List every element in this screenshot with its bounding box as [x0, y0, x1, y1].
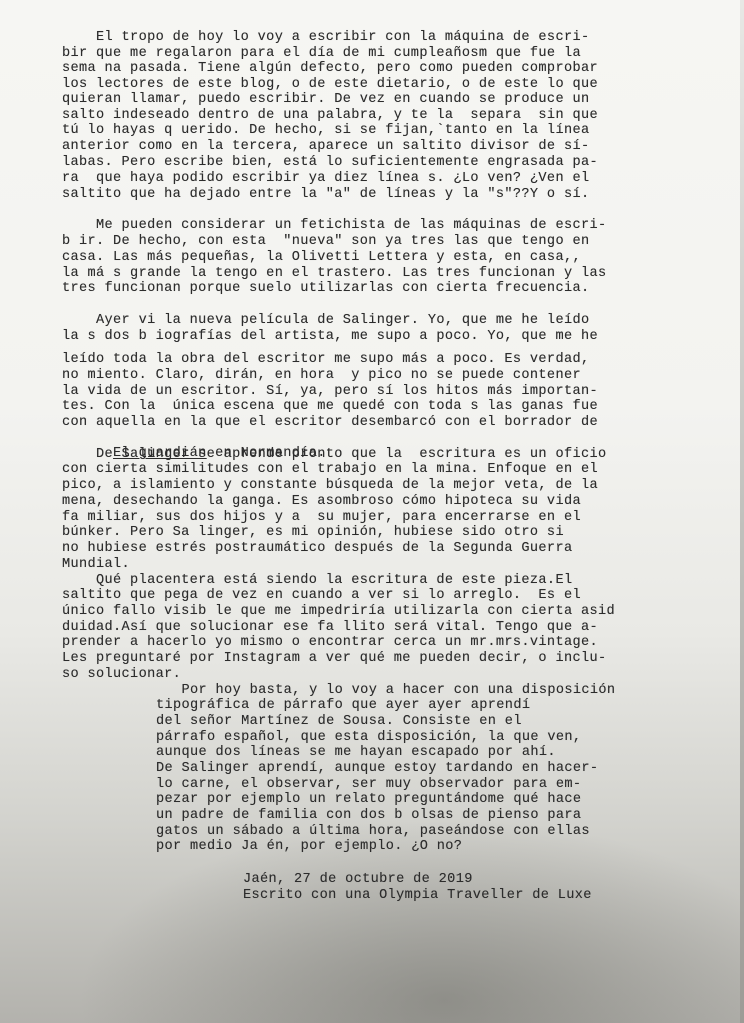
text-line: mena, desechando la ganga. Es asombroso …	[62, 494, 581, 509]
text-line: tes. Con la única escena que me quedé co…	[62, 399, 598, 414]
text-line: del señor Martínez de Sousa. Consiste en…	[156, 714, 522, 729]
text-line: prender a hacerlo yo mismo o encontrar c…	[62, 635, 598, 650]
text-line: El tropo de hoy lo voy a escribir con la…	[62, 30, 589, 45]
text-line: Qué placentera está siendo la escritura …	[62, 573, 572, 588]
text-line: Mundial.	[62, 557, 130, 572]
text-line: tipográfica de párrafo que ayer ayer apr…	[156, 698, 530, 713]
text-line: anterior como en la tercera, aparece un …	[62, 139, 589, 154]
text-line: no miento. Claro, dirán, en hora y pico …	[62, 368, 581, 383]
text-line: los lectores de este blog, o de este die…	[62, 77, 598, 92]
text-line: sema na pasada. Tiene algún defecto, per…	[62, 61, 598, 76]
text-line: Ayer vi la nueva película de Salinger. Y…	[62, 313, 589, 328]
text-line: gatos un sábado a última hora, paseándos…	[156, 824, 590, 839]
text-line: pezar por ejemplo un relato preguntándom…	[156, 792, 581, 807]
text-line: bir que me regalaron para el día de mi c…	[62, 46, 581, 61]
typewritten-page: El tropo de hoy lo voy a escribir con la…	[0, 0, 741, 1023]
text-line: leído toda la obra del escritor me supo …	[62, 352, 589, 367]
text-line: no hubiese estrés postraumático después …	[62, 541, 572, 556]
text-line: ra que haya podido escribir ya diez líne…	[62, 171, 589, 186]
place-date: Jaén, 27 de octubre de 2019	[243, 872, 473, 887]
text-line: De Salinger aprendí, aunque estoy tardan…	[156, 761, 598, 776]
text-line: De Salinger se aprende pronto que la esc…	[62, 447, 606, 462]
text-line: salto indeseado dentro de una palabra, y…	[62, 108, 598, 123]
text-line: aunque dos líneas se me hayan escapado p…	[156, 745, 556, 760]
text-line: la má s grande la tengo en el trastero. …	[62, 266, 606, 281]
text-line: b ir. De hecho, con esta "nueva" son ya …	[62, 234, 589, 249]
text-line: Por hoy basta, y lo voy a hacer con una …	[156, 683, 615, 698]
text-line: saltito que pega de vez en cuando a ver …	[62, 588, 581, 603]
written-with-note: Escrito con una Olympia Traveller de Lux…	[243, 888, 592, 903]
text-line: por medio Ja én, por ejemplo. ¿O no?	[156, 839, 462, 854]
text-line: la vida de un escritor. Sí, ya, pero sí …	[62, 384, 598, 399]
text-line: búnker. Pero Sa linger, es mi opinión, h…	[62, 525, 564, 540]
text-line: Les preguntaré por Instagram a ver qué m…	[62, 651, 606, 666]
text-line: párrafo español, que esta disposición, l…	[156, 730, 581, 745]
text-line: con aquella en la que el escritor desemb…	[62, 415, 598, 430]
text-line: saltito que ha dejado entre la "a" de lí…	[62, 187, 589, 202]
page-edge	[740, 0, 744, 1023]
text-line: con cierta similitudes con el trabajo en…	[62, 462, 598, 477]
text-line: lo carne, el observar, ser muy observado…	[156, 777, 581, 792]
text-line: so solucionar.	[62, 667, 181, 682]
text-line: un padre de familia con dos b olsas de p…	[156, 808, 581, 823]
text-line: quieran llamar, puedo escribir. De vez e…	[62, 92, 589, 107]
text-line: único fallo visib le que me impedriría u…	[62, 604, 615, 619]
text-line: tú lo hayas q uerido. De hecho, si se fi…	[62, 123, 589, 138]
text-line: la s dos b iografías del artista, me sup…	[62, 329, 598, 344]
text-line: casa. Las más pequeñas, la Olivetti Lett…	[62, 250, 581, 265]
text-line: pico, a islamiento y constante búsqueda …	[62, 478, 598, 493]
text-line: fa miliar, sus dos hijos y a su mujer, p…	[62, 510, 581, 525]
text-line: duidad.Así que solucionar ese fa llito s…	[62, 620, 598, 635]
text-line: labas. Pero escribe bien, está lo sufici…	[62, 155, 598, 170]
text-line: tres funcionan porque suelo utilizarlas …	[62, 281, 589, 296]
text-line: Me pueden considerar un fetichista de la…	[62, 218, 606, 233]
